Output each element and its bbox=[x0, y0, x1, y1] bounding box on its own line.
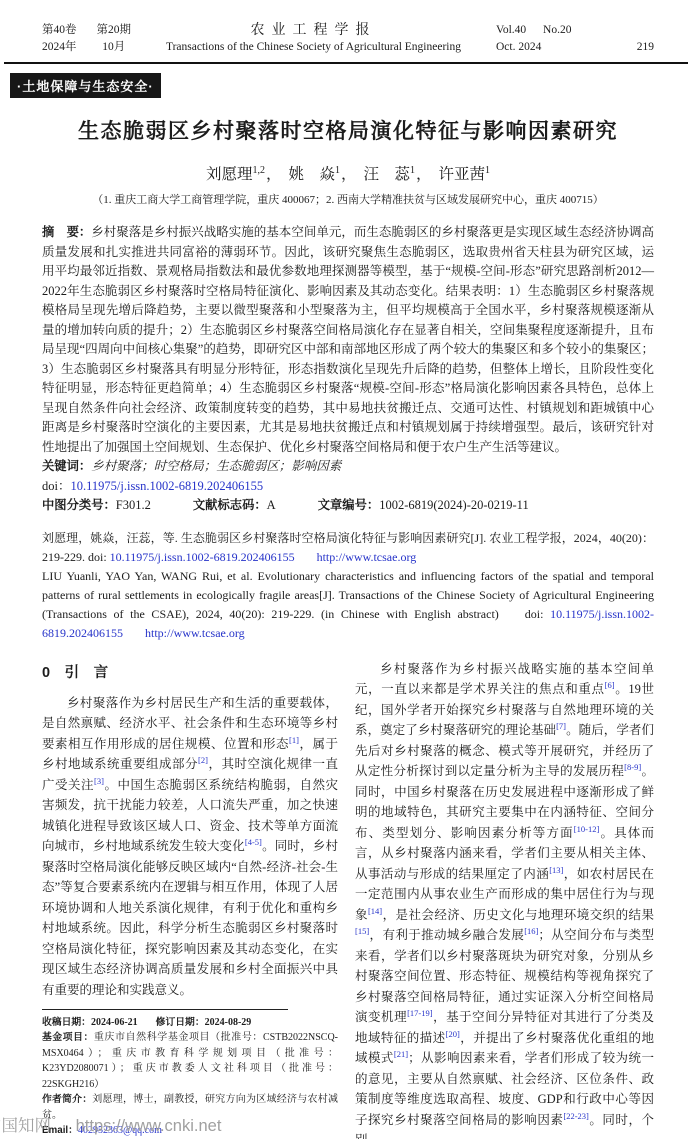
footnote-dates: 收稿日期：2024-06-21修订日期：2024-08-29 bbox=[42, 1015, 338, 1031]
keywords-line: 关键词：乡村聚落；时空格局；生态脆弱区；影响因素 bbox=[42, 457, 654, 477]
author-name: 许亚茜1 bbox=[439, 166, 491, 183]
date-en: Oct. 2024 bbox=[496, 39, 541, 56]
classification-line: 中图分类号：F301.2文献标志码：A文章编号：1002-6819(2024)-… bbox=[42, 496, 654, 516]
intro-paragraph-right: 乡村聚落作为乡村振兴战略实施的基本空间单元，一直以来都是学术界关注的焦点和重点[… bbox=[355, 659, 654, 1139]
citation-cn: 刘愿理，姚焱，汪蕊，等. 生态脆弱区乡村聚落时空格局演化特征与影响因素研究[J]… bbox=[42, 529, 654, 567]
year-cn: 2024年 bbox=[42, 39, 77, 56]
footnote-fund: 基金项目：重庆市自然科学基金项目（批准号：CSTB2022NSCQ-MSX046… bbox=[42, 1030, 338, 1092]
clc-segment: 中图分类号：F301.2 bbox=[42, 498, 151, 512]
citation-en: LIU Yuanli, YAO Yan, WANG Rui, et al. Ev… bbox=[42, 567, 654, 643]
issue-info-en: Vol.40 No.20 Oct. 2024 219 bbox=[496, 22, 654, 56]
article-title: 生态脆弱区乡村聚落时空格局演化特征与影响因素研究 bbox=[42, 115, 654, 145]
body-columns: 0 引 言 乡村聚落作为乡村居民生产和生活的重要载体，是自然禀赋、经济水平、社会… bbox=[42, 659, 654, 1139]
author-name: 姚 焱1 bbox=[288, 166, 340, 183]
footnote-divider bbox=[42, 1009, 288, 1010]
keywords-label: 关键词： bbox=[42, 459, 91, 473]
author-line: 刘愿理1,2，姚 焱1，汪 蕊1，许亚茜1 bbox=[42, 162, 654, 184]
article-id-segment: 文章编号：1002-6819(2024)-20-0219-11 bbox=[318, 498, 529, 512]
page-number: 219 bbox=[637, 39, 654, 56]
cnki-url: https://www.cnki.net bbox=[76, 1117, 222, 1135]
left-column-spacer bbox=[42, 1000, 338, 1009]
citation-cn-url-link[interactable]: http://www.tcsae.org bbox=[317, 550, 417, 564]
intro-heading: 0 引 言 bbox=[42, 661, 338, 682]
citation-en-url-link[interactable]: http://www.tcsae.org bbox=[145, 626, 245, 640]
month-cn: 10月 bbox=[97, 39, 132, 56]
journal-title-en: Transactions of the Chinese Society of A… bbox=[131, 39, 496, 56]
left-column: 0 引 言 乡村聚落作为乡村居民生产和生活的重要载体，是自然禀赋、经济水平、社会… bbox=[42, 659, 338, 1139]
journal-title-block: 农业工程学报 Transactions of the Chinese Socie… bbox=[131, 22, 496, 56]
author-affiliation: （1. 重庆工商大学工商管理学院，重庆 400067；2. 西南大学精准扶贫与区… bbox=[42, 191, 654, 207]
author-name: 汪 蕊1 bbox=[364, 166, 416, 183]
doi-label: doi： bbox=[42, 479, 70, 493]
abstract-label: 摘 要： bbox=[42, 225, 91, 239]
author-separator: ， bbox=[266, 166, 282, 183]
right-column: 乡村聚落作为乡村振兴战略实施的基本空间单元，一直以来都是学术界关注的焦点和重点[… bbox=[355, 659, 654, 1139]
doi-link[interactable]: 10.11975/j.issn.1002-6819.202406155 bbox=[70, 479, 263, 493]
volume-cn: 第40卷 bbox=[42, 22, 77, 39]
doc-code-segment: 文献标志码：A bbox=[193, 498, 276, 512]
author-affil-sup: 1 bbox=[485, 165, 490, 176]
abstract-text: 乡村聚落是乡村振兴战略实施的基本空间单元，而生态脆弱区的乡村聚落更是实现区域生态… bbox=[42, 225, 654, 454]
cnki-logo-text: 中国知网 bbox=[0, 1117, 51, 1135]
issue-cn: 第20期 bbox=[97, 22, 132, 39]
abstract-block: 摘 要：乡村聚落是乡村振兴战略实施的基本空间单元，而生态脆弱区的乡村聚落更是实现… bbox=[42, 223, 654, 516]
intro-paragraph-left: 乡村聚落作为乡村居民生产和生活的重要载体，是自然禀赋、经济水平、社会条件和生态环… bbox=[42, 693, 338, 1001]
author-affil-sup: 1 bbox=[335, 165, 340, 176]
journal-title-cn: 农业工程学报 bbox=[131, 22, 496, 39]
volume-en: Vol.40 bbox=[496, 24, 526, 36]
citation-block: 刘愿理，姚焱，汪蕊，等. 生态脆弱区乡村聚落时空格局演化特征与影响因素研究[J]… bbox=[42, 529, 654, 643]
issue-en: No.20 bbox=[543, 24, 571, 36]
cnki-watermark: 中国知网 https://www.cnki.net bbox=[0, 1112, 221, 1136]
author-affil-sup: 1 bbox=[410, 165, 415, 176]
author-affil-sup: 1,2 bbox=[252, 165, 265, 176]
author-name: 刘愿理1,2 bbox=[206, 166, 265, 183]
issue-info-cn: 第40卷 第20期 2024年 10月 bbox=[42, 22, 131, 56]
doi-line: doi：10.11975/j.issn.1002-6819.202406155 bbox=[42, 477, 654, 497]
section-badge: ·土地保障与生态安全· bbox=[10, 73, 161, 98]
journal-header: 第40卷 第20期 2024年 10月 农业工程学报 Transactions … bbox=[42, 22, 654, 56]
author-separator: ， bbox=[416, 166, 432, 183]
abstract-paragraph: 摘 要：乡村聚落是乡村振兴战略实施的基本空间单元，而生态脆弱区的乡村聚落更是实现… bbox=[42, 223, 654, 457]
author-separator: ， bbox=[341, 166, 357, 183]
citation-cn-doi-link[interactable]: 10.11975/j.issn.1002-6819.202406155 bbox=[110, 550, 295, 564]
keywords-text: 乡村聚落；时空格局；生态脆弱区；影响因素 bbox=[91, 459, 341, 473]
paper-page: 第40卷 第20期 2024年 10月 农业工程学报 Transactions … bbox=[0, 0, 692, 1139]
